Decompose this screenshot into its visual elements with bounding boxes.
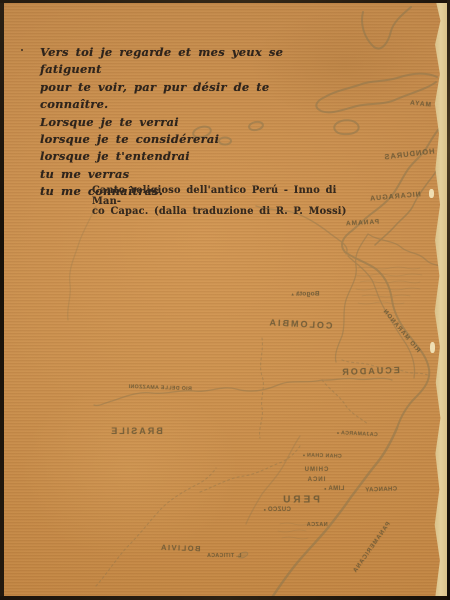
map-label: RIO DELLE AMAZZONI [128,384,192,392]
paper-stain [20,380,240,560]
poem: Vers toi je regarde et mes yeux se fatig… [40,44,340,201]
scan-border-left [0,0,4,600]
poem-line: pour te voir, par pur désir de te connaî… [40,79,340,114]
map-label: L. TITICACA [207,553,242,559]
map-label: BRASILE [109,426,163,436]
ink-speck [21,49,23,51]
map-rivers [68,206,448,524]
map-label: MAYA [409,99,432,108]
attribution: Canto religioso dell'antico Perú - Inno … [92,186,362,218]
poem-line: lorsque je te considérerai [40,131,340,148]
attribution-line: Canto religioso dell'antico Perú - Inno … [92,186,362,207]
attribution-line: co Capac. (dalla traduzione di R. P. Mos… [92,207,362,218]
map-borders [96,338,430,586]
map-label: NICARAGUA [369,191,421,202]
poem-line: Vers toi je regarde et mes yeux se fatig… [40,44,340,79]
map-label: ECUADOR [340,365,400,377]
scan-border-top [0,0,450,3]
map-label: PANAMERICANA [352,521,392,574]
paper-fiber [430,342,435,353]
paper-fiber [429,189,434,198]
map-label: CUZCO ● [263,507,291,513]
map-label: RIO MARANON [381,308,421,354]
scan-border-bottom [0,596,450,600]
map-label: COLOMBIA [267,317,332,330]
map-label: CHAN CHAN ● [302,452,342,459]
map-label: BOLIVIA [159,543,200,553]
map-label: PERU [280,495,320,506]
map-label: LIMA ● [324,486,345,492]
map-label: HONDURAS [383,146,435,161]
poem-line: Lorsque je te verrai [40,114,340,131]
map-label: NAZCA [306,522,327,528]
map-hatching [278,267,422,539]
map-label: CAJAMARCA ● [336,430,378,438]
map-label: PANAMA [345,219,379,228]
poem-line: tu me verras [40,166,340,183]
map-label: Bogotà ▲ [290,291,319,298]
poem-line: lorsque je t'entendrai [40,148,340,165]
scanned-book-page: MAYAHONDURASNICARAGUAPANAMABogotà ▲COLOM… [0,0,450,600]
map-label: CHANCAY [365,486,397,493]
lake-titicaca [237,551,248,559]
map-label: INCA [307,477,326,483]
map-label: CHIMU [304,467,329,473]
torn-edge [430,3,448,596]
